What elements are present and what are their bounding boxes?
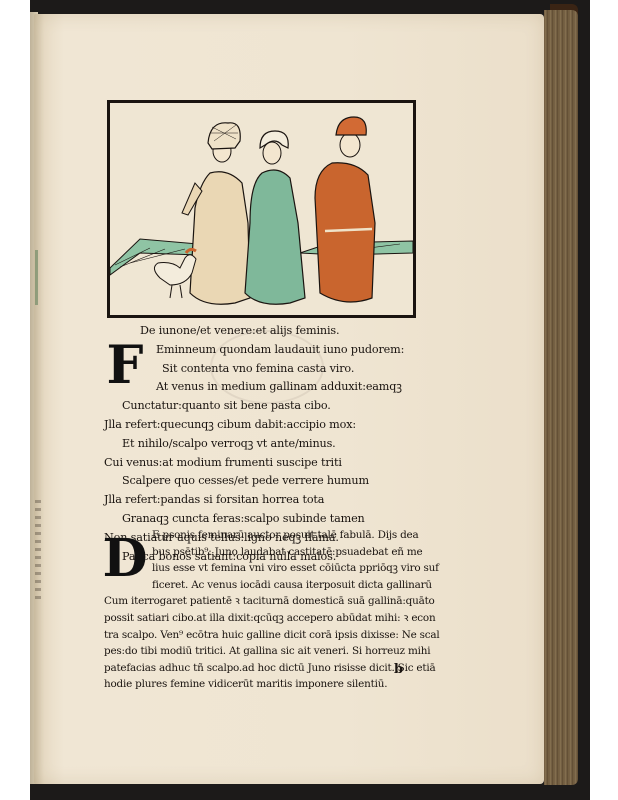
woodcut-illustration [107,100,416,318]
verse-line: Jlla refert:quecunqꝫ cibum dabit:accipio… [104,416,434,435]
prose-line: pes:do tibi modiū tritici. At gallina si… [104,643,434,660]
prose-line: hodie plures femine vidicerūt maritis im… [104,676,434,693]
prose-line: tra scalpo. Ven⁹ ecōtra huic galline dic… [104,627,434,644]
prose-line: ficeret. Ac venus iocādi causa iterposui… [104,577,434,594]
verse-line: Cui venus:at modium frumenti suscipe tri… [104,454,434,473]
verse-line: Scalpere quo cesses/et pede verrere humu… [104,472,434,491]
prose-line: bus psētib⁹: Juno laudabat castitatē:psu… [104,544,434,561]
signature-mark: b [394,662,403,677]
verse-line: At venus in medium gallinam adduxit:eamq… [104,378,434,397]
verse-heading: De iunone/et venere:et alijs feminis. [104,322,434,341]
verse-line: Granaqꝫ cuncta feras:scalpo subinde tame… [104,510,434,529]
verse-line: Et nihilo/scalpo verroqꝫ vt ante/minus. [104,435,434,454]
prose-line: possit satiari cibo.at illa dixit:qcūqꝫ … [104,610,434,627]
previous-page-bleed [35,250,38,305]
prose-text: E psonis feminarū auctor posuit talē fab… [104,527,434,693]
verse-line: Eminneum quondam laudauit iuno pudorem: [104,341,434,360]
verse-line: Cunctatur:quanto sit bene pasta cibo. [104,397,434,416]
prose-line: E psonis feminarū auctor posuit talē fab… [104,527,434,544]
verse-line: Jlla refert:pandas si forsitan horrea to… [104,491,434,510]
prose-line: Cum iterrogaret patientē ꝛ taciturnā dom… [104,593,434,610]
fore-edge [544,10,578,785]
prose-line: lius esse vt femina vni viro esset cōiūc… [104,560,434,577]
verse-line: Sit contenta vno femina casta viro. [104,360,434,379]
previous-page-text-bleed [35,500,41,600]
woodcut-scene-icon [110,103,413,315]
prose-line: patefacias adhuc tñ scalpo.ad hoc dictū … [104,660,434,677]
cover-edge [578,0,590,800]
